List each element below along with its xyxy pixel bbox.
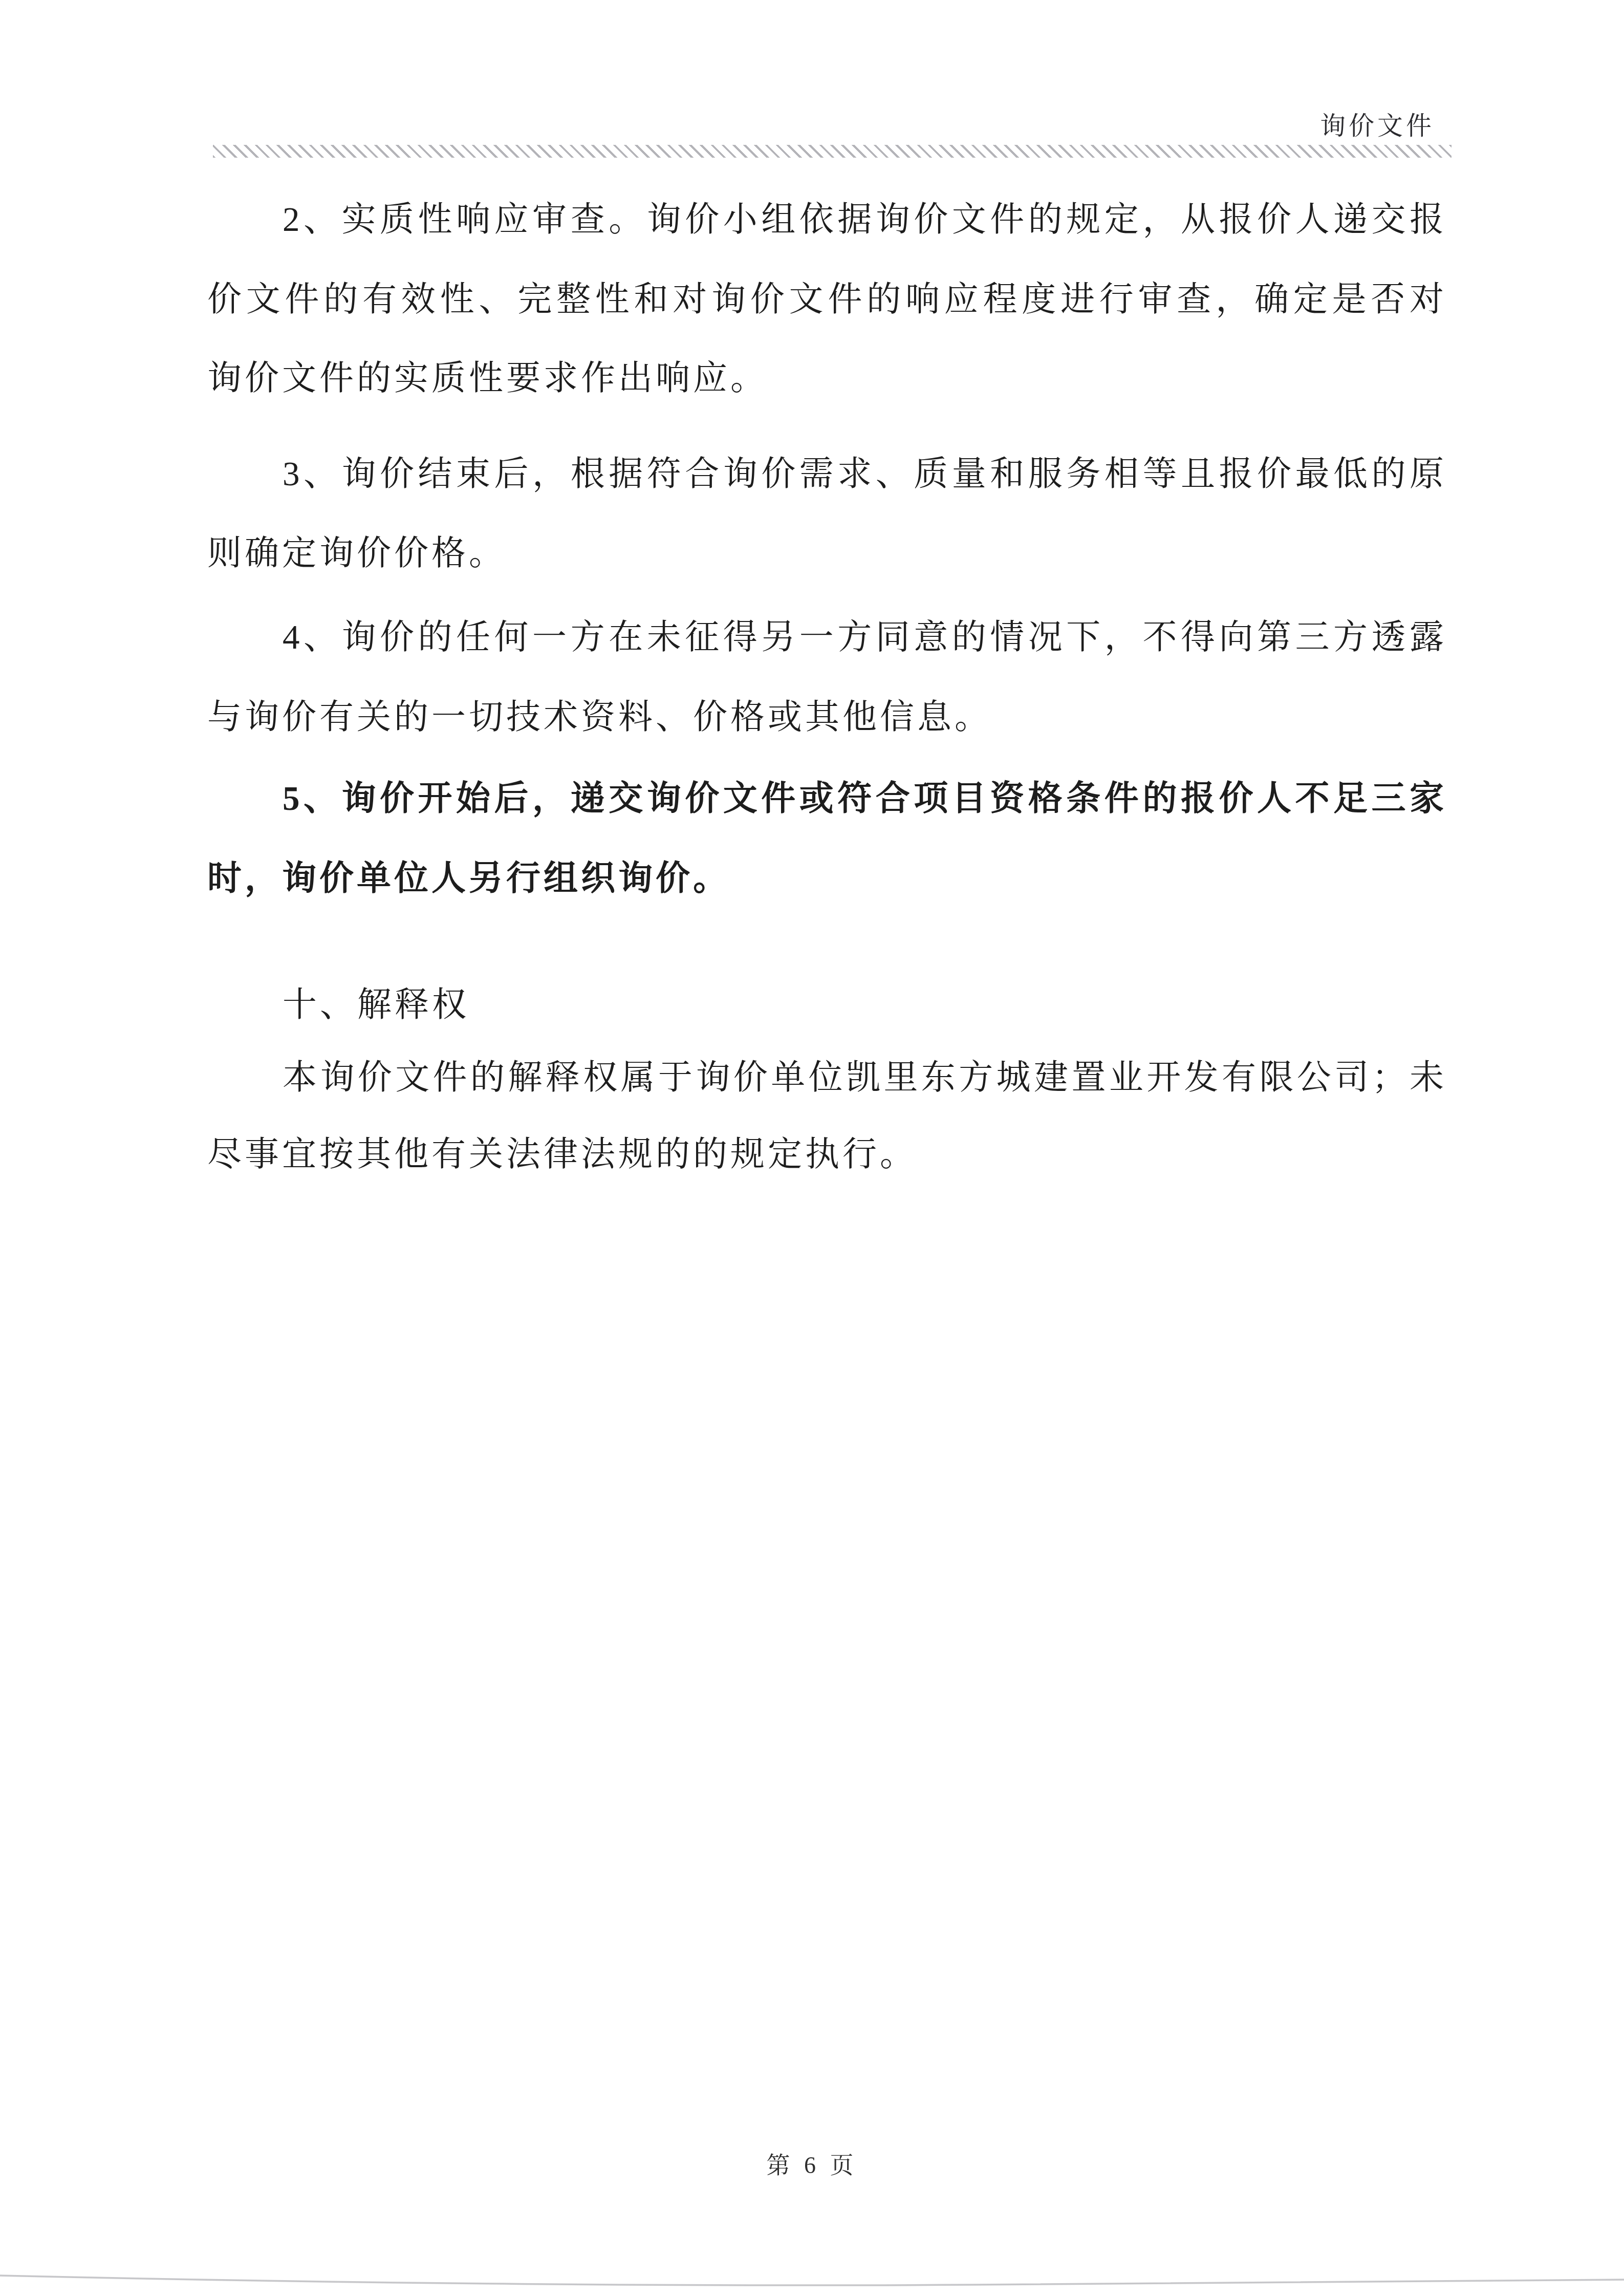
paragraph-5-line-1: 5、询价开始后，递交询价文件或符合项目资格条件的报价人不足三家 <box>207 779 1444 819</box>
paragraph-4-line-1: 4、询价的任何一方在未征得另一方同意的情况下，不得向第三方透露 <box>207 618 1444 657</box>
header-hatch-rule <box>213 145 1452 158</box>
paragraph-4-line-2: 与询价有关的一切技术资料、价格或其他信息。 <box>207 698 1444 737</box>
document-page: 询价文件 2、实质性响应审查。询价小组依据询价文件的规定，从报价人递交报 价文件… <box>0 0 1624 2296</box>
paragraph-3-line-2: 则确定询价价格。 <box>207 534 1444 573</box>
paragraph-2-line-1: 2、实质性响应审查。询价小组依据询价文件的规定，从报价人递交报 <box>207 200 1444 240</box>
closing-paragraph-line-2: 尽事宜按其他有关法律法规的的规定执行。 <box>207 1135 1444 1174</box>
footer-page-number: 第 6 页 <box>0 2147 1624 2180</box>
scan-artifact-line <box>0 2255 1624 2296</box>
closing-paragraph-line-1: 本询价文件的解释权属于询价单位凯里东方城建置业开发有限公司；未 <box>207 1058 1444 1098</box>
paragraph-5-line-2: 时，询价单位人另行组织询价。 <box>207 859 1444 898</box>
section-heading: 十、解释权 <box>207 985 1444 1025</box>
paragraph-2-line-3: 询价文件的实质性要求作出响应。 <box>207 359 1444 398</box>
paragraph-2-line-2: 价文件的有效性、完整性和对询价文件的响应程度进行审查，确定是否对 <box>207 280 1444 319</box>
paragraph-3-line-1: 3、询价结束后，根据符合询价需求、质量和服务相等且报价最低的原 <box>207 455 1444 494</box>
header-title: 询价文件 <box>1320 105 1435 142</box>
